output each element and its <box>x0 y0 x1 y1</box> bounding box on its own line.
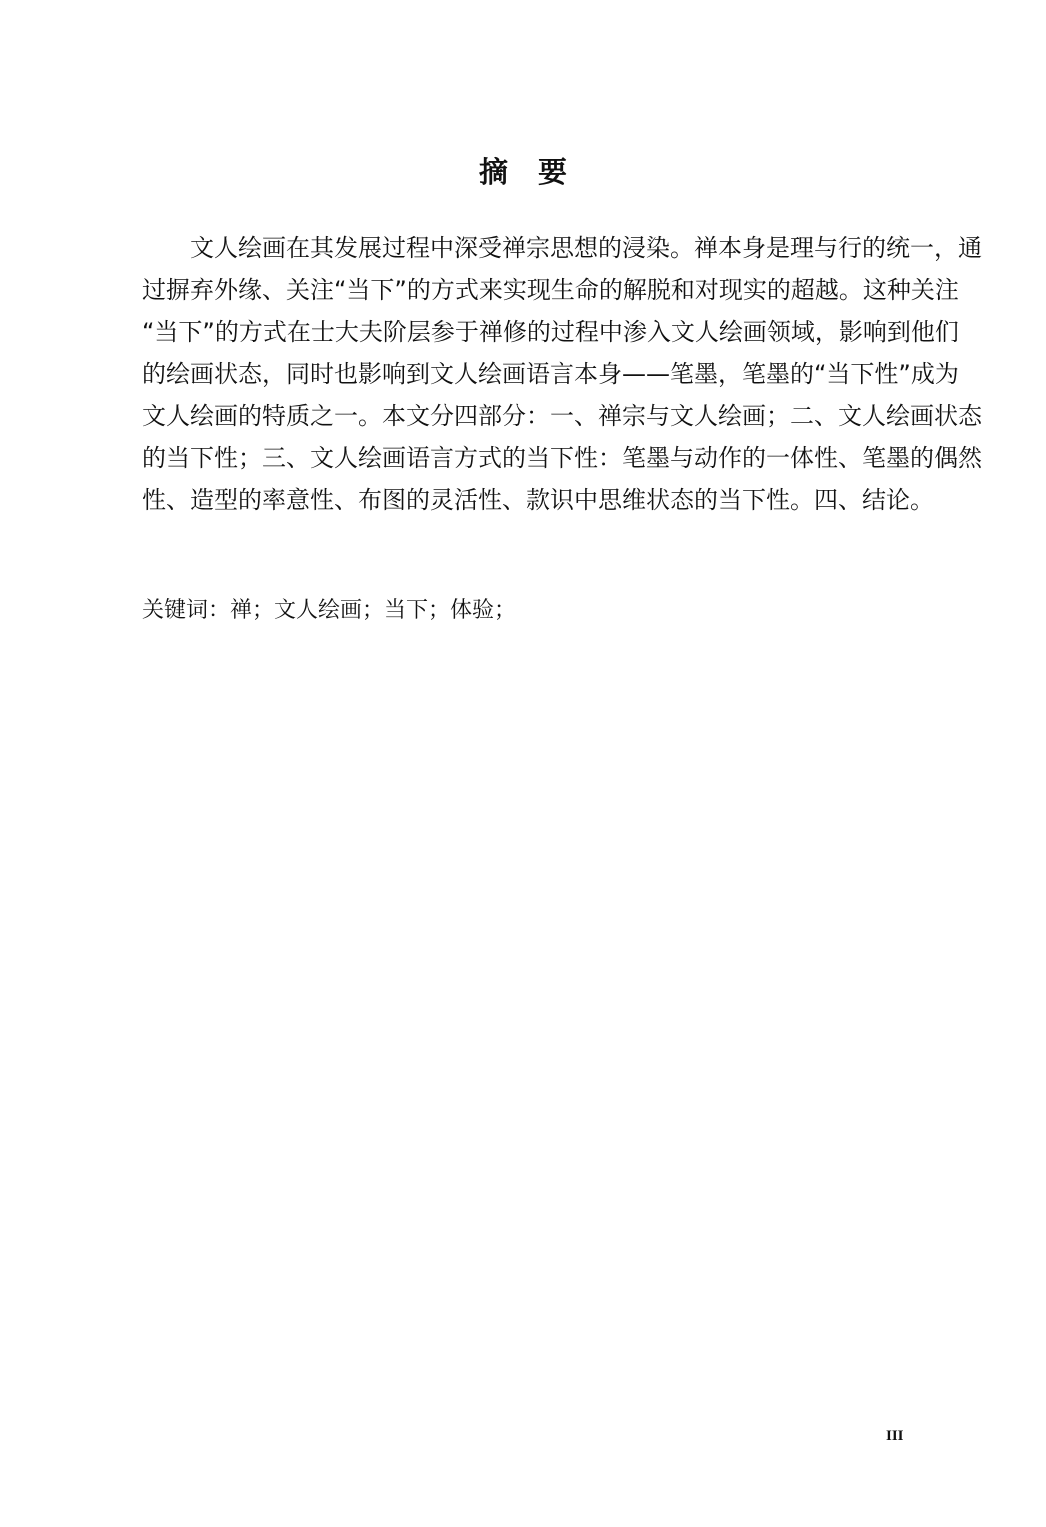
keywords-label: 关键词： <box>142 598 230 623</box>
keywords-line: 关键词：禅；文人绘画；当下；体验； <box>142 594 516 628</box>
keywords-values: 禅；文人绘画；当下；体验； <box>230 598 516 623</box>
title-char-2: 要 <box>538 152 567 192</box>
abstract-line-6: 的当下性；三、文人绘画语言方式的当下性：笔墨与动作的一体性、笔墨的偶然 <box>142 437 910 479</box>
page-number: III <box>886 1428 904 1445</box>
title-char-1: 摘 <box>479 152 508 192</box>
abstract-line-5: 文人绘画的特质之一。本文分四部分：一、禅宗与文人绘画；二、文人绘画状态 <box>142 395 910 437</box>
abstract-line-7: 性、造型的率意性、布图的灵活性、款识中思维状态的当下性。四、结论。 <box>142 479 910 521</box>
abstract-line-1: 文人绘画在其发展过程中深受禅宗思想的浸染。禅本身是理与行的统一，通 <box>142 227 910 269</box>
document-page: 摘要 文人绘画在其发展过程中深受禅宗思想的浸染。禅本身是理与行的统一，通 过摒弃… <box>0 0 1046 1527</box>
abstract-line-2: 过摒弃外缘、关注“当下”的方式来实现生命的解脱和对现实的超越。这种关注 <box>142 269 910 311</box>
abstract-title: 摘要 <box>0 152 1046 192</box>
abstract-line-4: 的绘画状态，同时也影响到文人绘画语言本身——笔墨，笔墨的“当下性”成为 <box>142 353 910 395</box>
abstract-line-3: “当下”的方式在士大夫阶层参于禅修的过程中渗入文人绘画领域，影响到他们 <box>142 311 910 353</box>
abstract-body: 文人绘画在其发展过程中深受禅宗思想的浸染。禅本身是理与行的统一，通 过摒弃外缘、… <box>142 227 910 521</box>
